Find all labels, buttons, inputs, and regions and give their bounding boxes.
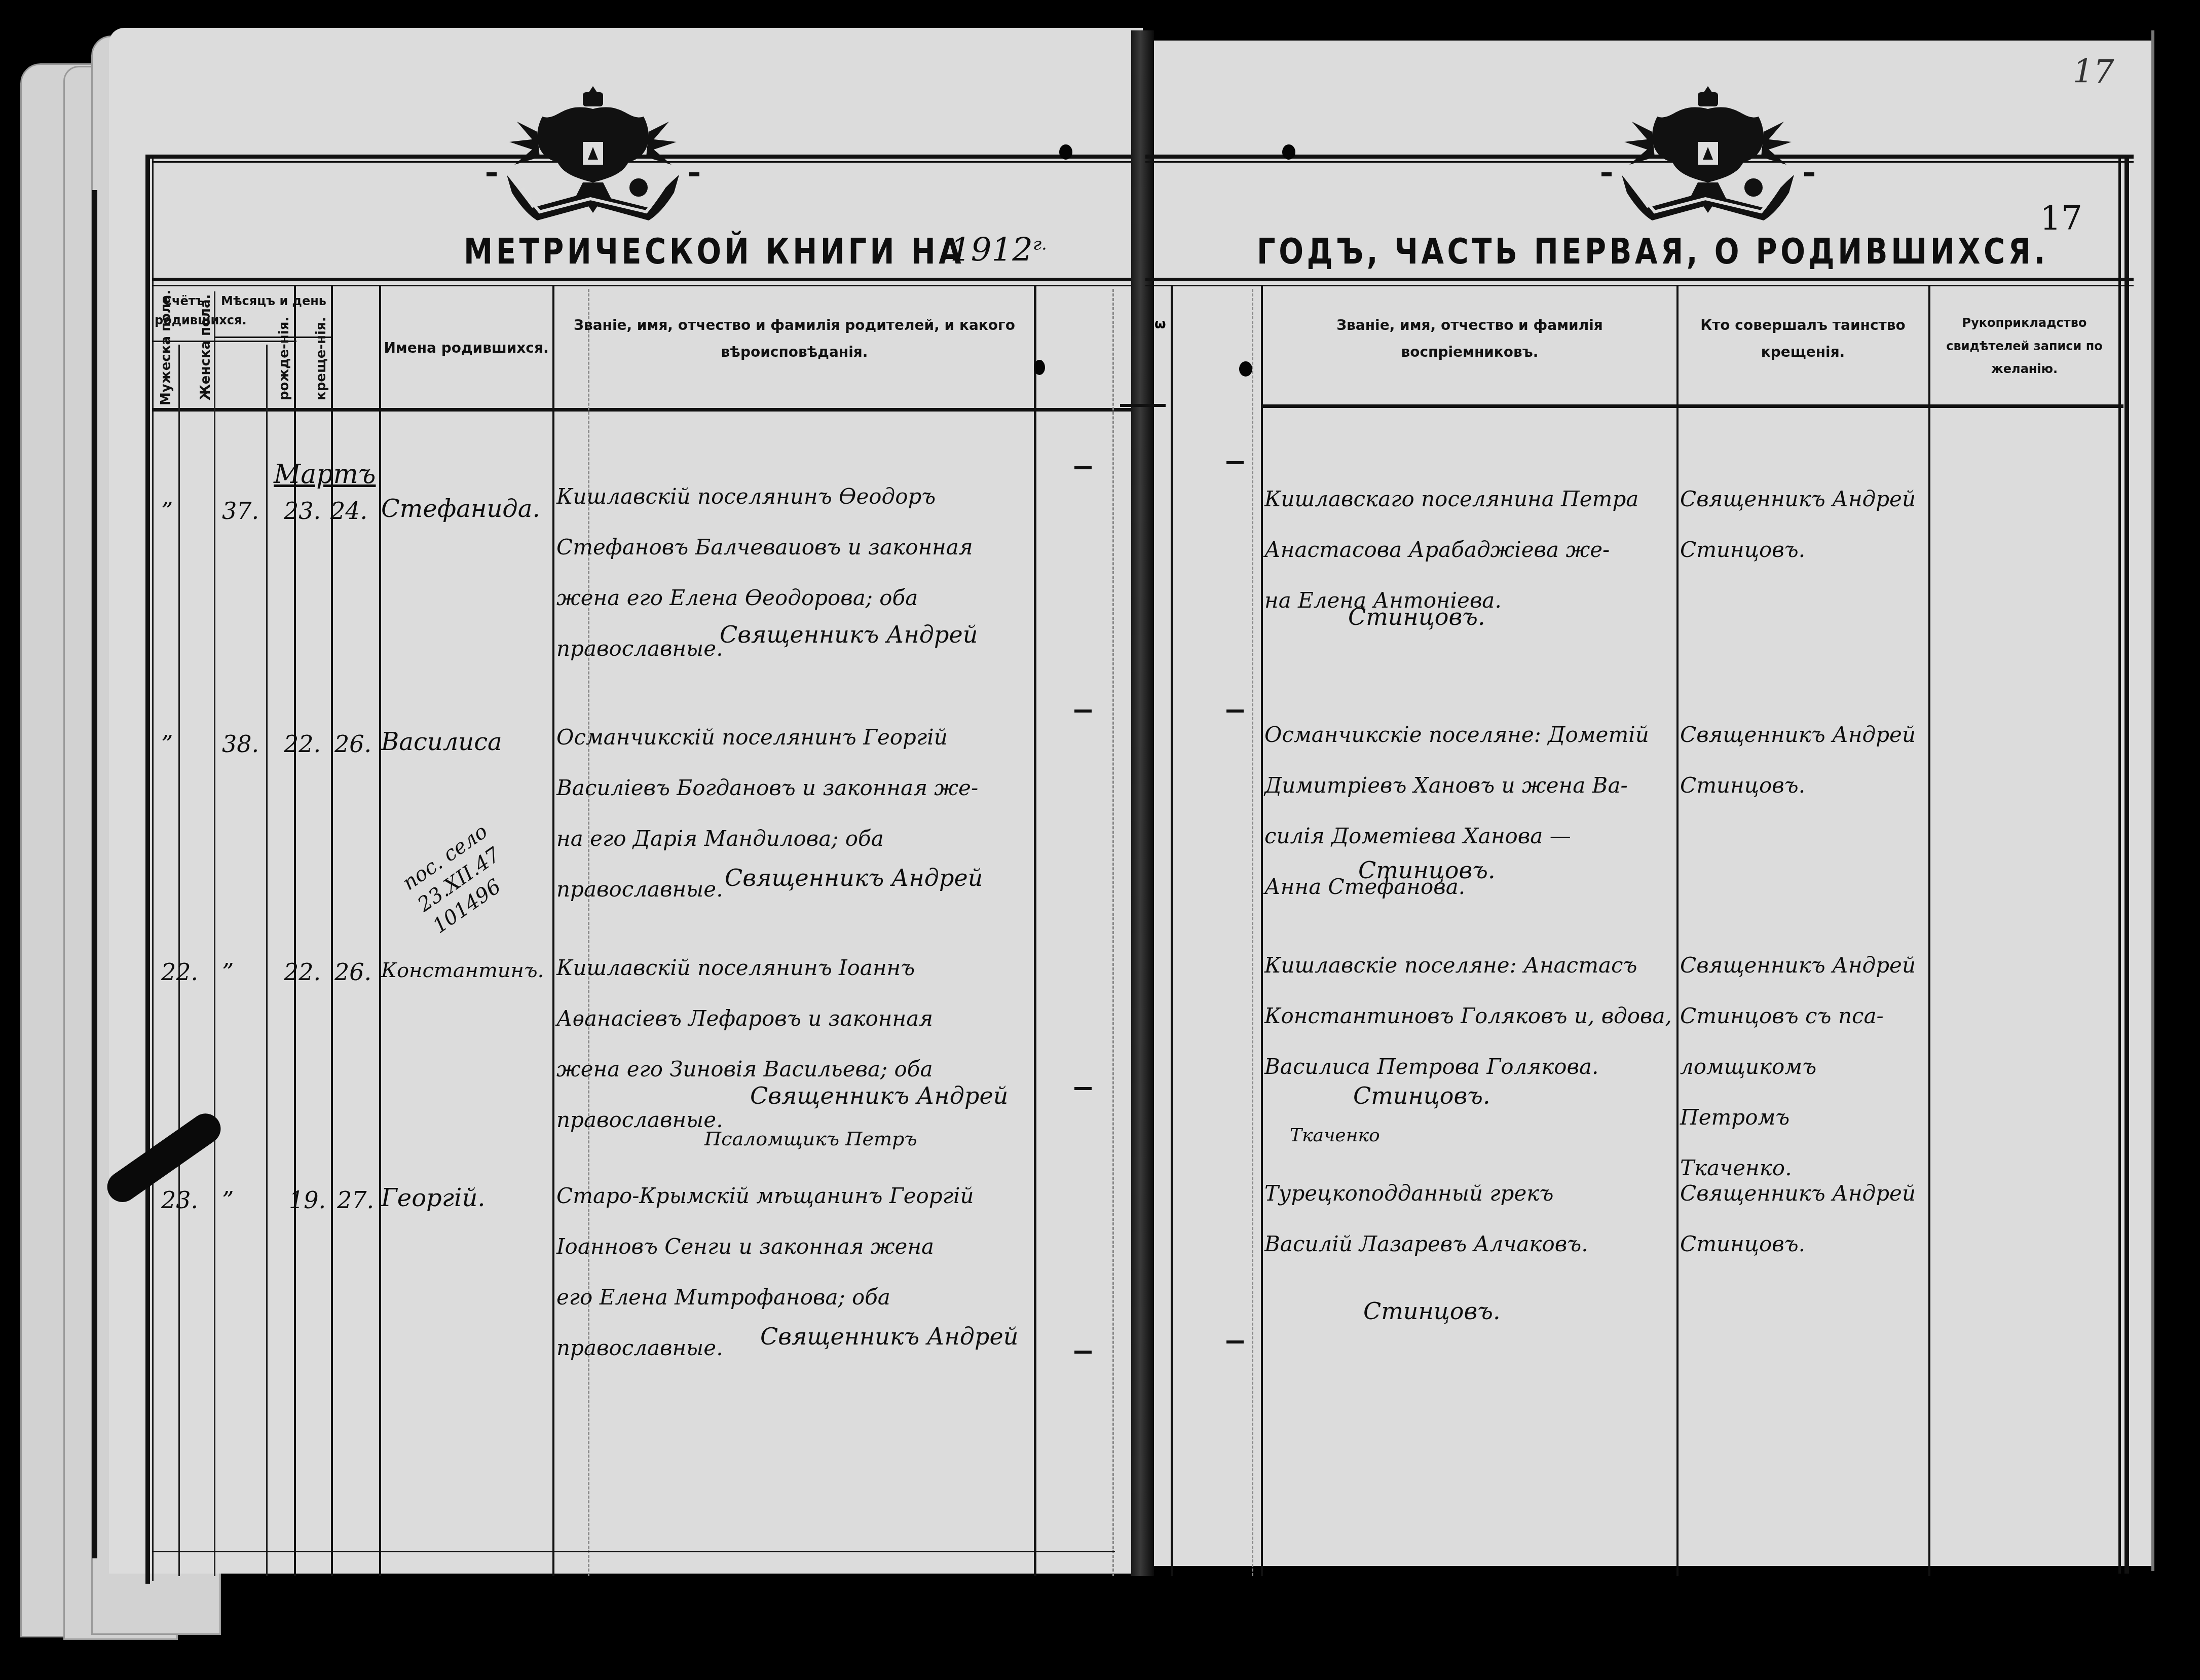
header-bottom-rule: [152, 408, 1140, 412]
male-count: 23.: [161, 1188, 198, 1212]
male-count: ”: [161, 499, 173, 522]
column-line: [1676, 286, 1679, 1576]
priest-signature: Священникъ Андрей: [750, 1082, 1008, 1109]
frame-line: [2124, 155, 2129, 1574]
frame-line: [2118, 155, 2121, 1574]
header-names: Имена родившихся.: [383, 334, 550, 361]
child-name: Георгій.: [381, 1186, 486, 1210]
imperial-double-headed-eagle-icon: [487, 81, 699, 228]
column-line: [552, 286, 554, 1576]
godparents-text: Турецкоподданный грекъ Василій Лазаревъ …: [1264, 1168, 1675, 1270]
godparents-text: Кишлавскіе поселяне: Анастасъ Константин…: [1264, 940, 1675, 1092]
book-gutter: [1131, 30, 1154, 1576]
female-count: ”: [222, 1188, 234, 1212]
header-rule: [1145, 278, 2134, 281]
year-suffix: г.: [1033, 234, 1047, 254]
header-rule: [1145, 285, 2134, 286]
column-dashed-line: [1252, 289, 1253, 1576]
header-witness-signatures: Рукоприкладство свидѣтелей записи по жел…: [1932, 312, 2117, 381]
page-title-left: Метрической книги на: [464, 231, 964, 272]
binding-hole: [1034, 360, 1045, 375]
column-line: [1171, 286, 1173, 1576]
year-value: 1912: [950, 232, 1033, 269]
header-month-day: Мѣсяцъ и день: [215, 291, 332, 311]
header-rule: [152, 278, 1140, 281]
godparents-signature: Стинцовъ.: [1348, 603, 1485, 630]
tick-mark: [1074, 1351, 1092, 1354]
imperial-double-headed-eagle-icon: [1601, 81, 1814, 228]
birth-day: 23.: [284, 499, 321, 522]
tick-mark: [1074, 710, 1092, 713]
child-name: Стефанида.: [381, 497, 540, 521]
gutter-header-rule: [1120, 404, 1166, 407]
header-count-male: Мужеска пола.: [158, 350, 175, 405]
bottom-rule: [152, 1551, 1115, 1552]
header-performed-by: Кто совершалъ таинство крещенія.: [1680, 312, 1926, 365]
male-count: 22.: [161, 960, 198, 984]
tick-mark: [1226, 461, 1244, 464]
female-count: 37.: [222, 499, 259, 522]
binding-hole: [1282, 144, 1295, 160]
page-title-right: годъ, часть первая, о родившихся.: [1257, 231, 2048, 272]
parents-text: Кишлавскій поселянинъ Іоаннъ Аѳанасіевъ …: [556, 943, 1033, 1145]
frame-line: [145, 155, 150, 1584]
binding-hole: [1239, 361, 1252, 377]
tick-mark: [1226, 710, 1244, 713]
column-line: [379, 286, 381, 1576]
binding-hole: [1059, 144, 1072, 160]
baptism-day: 24.: [330, 499, 367, 522]
column-line: [266, 345, 268, 1576]
tick-mark: [1074, 466, 1092, 469]
column-dashed-line: [1112, 289, 1114, 1576]
child-name: Василиса: [381, 730, 502, 754]
priest-signature: Священникъ Андрей: [760, 1323, 1018, 1350]
frame-line: [92, 190, 97, 1558]
priest-signature: Священникъ Андрей: [720, 621, 978, 648]
printed-page-number: 17: [2040, 199, 2082, 238]
godparents-signature: Стинцовъ.: [1353, 1082, 1490, 1109]
child-name: Константинъ.: [381, 960, 544, 981]
performed-by-text: Священникъ Андрей Стинцовъ.: [1680, 1168, 1928, 1270]
godparents-signature: Стинцовъ.: [1358, 856, 1496, 884]
psalmist-signature: Псаломщикъ Петръ: [704, 1128, 917, 1150]
handwritten-page-number: 17: [2073, 56, 2114, 88]
header-godparents: Званіе, имя, отчество и фамилія воспріем…: [1267, 312, 1672, 365]
header-bottom-rule: [1262, 404, 2123, 408]
header-baptism: креще-нія.: [313, 345, 330, 400]
month-label: Мартъ: [274, 461, 376, 488]
column-line: [1928, 286, 1930, 1576]
male-count: ”: [161, 732, 173, 756]
frame-line: [152, 157, 154, 1581]
title-year: 1912г.: [950, 234, 1047, 267]
female-count: ”: [222, 960, 234, 984]
column-line: [214, 291, 215, 1576]
performed-by-text: Священникъ Андрей Стинцовъ.: [1680, 710, 1928, 811]
tick-mark: [1226, 1340, 1244, 1343]
header-count-female: Женска пола.: [198, 345, 215, 400]
birth-day: 22.: [284, 960, 321, 984]
priest-signature: Священникъ Андрей: [725, 864, 983, 891]
performed-by-text: Священникъ Андрей Стинцовъ.: [1680, 474, 1928, 575]
godparents-signature: Стинцовъ.: [1363, 1297, 1501, 1325]
column-line: [1261, 286, 1263, 1576]
header-parents: Званіе, имя, отчество и фамилія родителе…: [557, 312, 1031, 365]
baptism-day: 26.: [334, 960, 371, 984]
baptism-day: 26.: [334, 732, 371, 756]
godparents-signature-2: Ткаченко: [1290, 1125, 1380, 1146]
tick-mark: [1074, 1087, 1092, 1090]
right-page-edge: [2151, 30, 2154, 1571]
baptism-day: 27.: [337, 1188, 374, 1212]
column-line: [1034, 286, 1036, 1576]
performed-by-text: Священникъ Андрей Стинцовъ съ пса- ломщи…: [1680, 940, 1928, 1193]
header-birth: рожде-нія.: [276, 345, 293, 400]
birth-day: 22.: [284, 732, 321, 756]
header-gutter-fragment: ѡ: [1154, 317, 1166, 332]
female-count: 38.: [222, 732, 259, 756]
birth-day: 19.: [289, 1188, 326, 1212]
header-rule: [152, 285, 1140, 286]
